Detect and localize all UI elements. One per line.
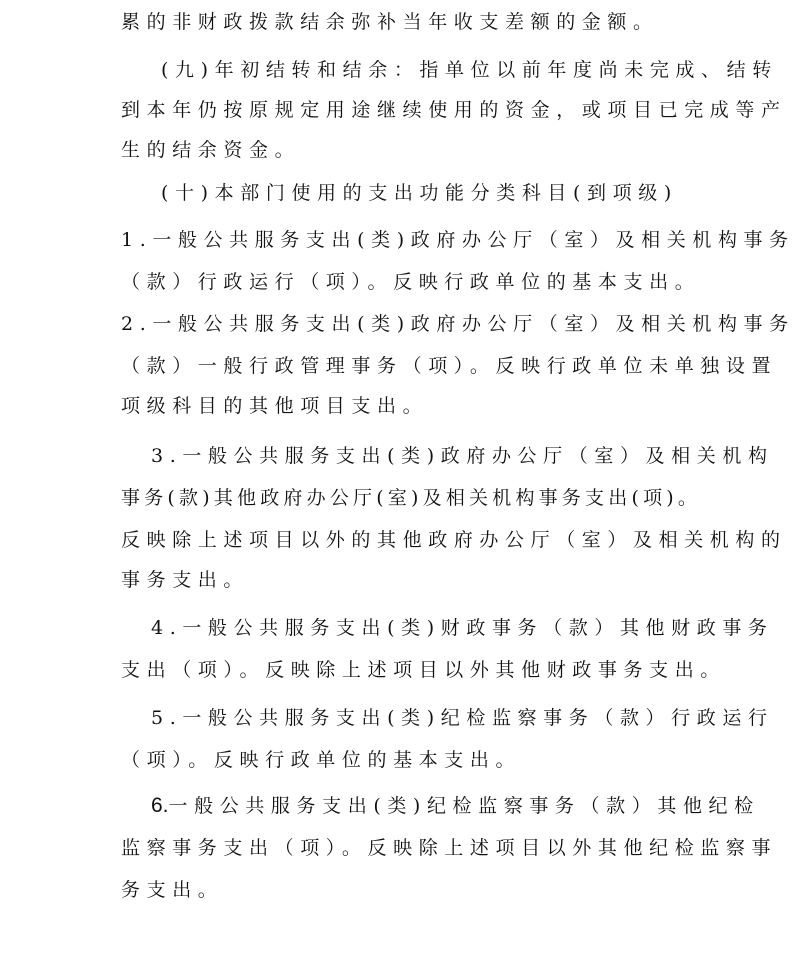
section-10-heading: (十)本部门使用的支出功能分类科目(到项级) — [161, 181, 678, 205]
list-number: 6. — [151, 794, 169, 817]
paragraph-line: （款）一般行政管理事务（项）。反映行政单位未单独设置 — [121, 354, 777, 378]
paragraph-line: 事务支出。 — [121, 568, 249, 592]
paragraph-line: 反映除上述项目以外的其他政府办公厅（室）及相关机构的 — [121, 528, 787, 552]
paragraph-line: （款）行政运行（项）。反映行政单位的基本支出。 — [121, 270, 700, 294]
list-item-5: 5.一般公共服务支出(类)纪检监察事务（款）行政运行 — [151, 706, 774, 730]
list-item-2: 2.一般公共服务支出(类)政府办公厅（室）及相关机构事务 — [121, 312, 792, 336]
list-item-4: 4.一般公共服务支出(类)财政事务（款）其他财政事务 — [151, 616, 774, 640]
paragraph-line: 项级科目的其他项目支出。 — [121, 394, 428, 418]
section-9-heading: (九)年初结转和结余：指单位以前年度尚未完成、结转 — [161, 58, 778, 82]
paragraph-line: （项）。反映行政单位的基本支出。 — [121, 748, 521, 772]
paragraph-line: 监察事务支出（项）。反映除上述项目以外其他纪检监察事 — [121, 836, 777, 860]
paragraph-line: 累的非财政拨款结余弥补当年收支差额的金额。 — [121, 10, 659, 34]
paragraph-line: 事务(款)其他政府办公厅(室)及相关机构事务支出(项)。 — [121, 486, 701, 510]
paragraph-line: 务支出。 — [121, 878, 223, 902]
paragraph-text: 一般公共服务支出(类)纪检监察事务（款）其他纪检 — [169, 795, 760, 817]
paragraph-line: 到本年仍按原规定用途继续使用的资金，或项目已完成等产 — [121, 98, 787, 122]
paragraph-line: 生的结余资金。 — [121, 138, 300, 162]
list-item-3: 3.一般公共服务支出(类)政府办公厅（室）及相关机构 — [151, 444, 774, 468]
paragraph-line: 支出（项）。反映除上述项目以外其他财政事务支出。 — [121, 658, 726, 682]
list-item-1: 1.一般公共服务支出(类)政府办公厅（室）及相关机构事务 — [121, 228, 792, 252]
list-item-6: 6.一般公共服务支出(类)纪检监察事务（款）其他纪检 — [151, 794, 760, 818]
